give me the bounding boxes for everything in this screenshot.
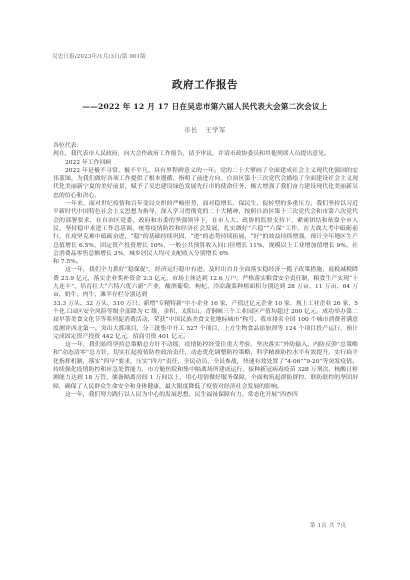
document-title: 政府工作报告 xyxy=(0,77,410,92)
body-paragraph: 现在，我代表市人民政府，向大会作政府工作报告，请予审议，并请市政协委员和其他列席… xyxy=(53,150,358,158)
body-paragraph: 和 7.5%。 xyxy=(53,258,358,266)
body-paragraph: 33.3 万头、32 万头、310 万只；新增“专精特新”中小企业 16 家，产… xyxy=(53,300,358,341)
document-page: 吴忠日报/2023年/1月/3日/第 001版 政府工作报告 ——2022 年 … xyxy=(0,0,410,580)
body-paragraph: 2022 年工作回顾 xyxy=(53,159,358,167)
body-paragraph: 2022 年是极不寻常、极不平凡、具有里程碑意义的一年。党的二十大擘画了全面建成… xyxy=(53,167,358,200)
speaker-line: 市长 王学军 xyxy=(0,125,410,134)
page-indicator: 第 1页 共 7页 xyxy=(310,521,346,529)
report-body: 各位代表：现在，我代表市人民政府，向大会作政府工作报告，请予审议，并请市政协委员… xyxy=(53,142,358,399)
body-paragraph: 这一年，我们始终坚持总策略总方针不动摇，疫情防控经受住重大考验。坚决落实“外防输… xyxy=(53,341,358,391)
document-subtitle: ——2022 年 12 月 17 日在吴忠市第六届人民代表大会第二次会议上 xyxy=(0,101,410,112)
newspaper-masthead: 吴忠日报/2023年/1月/3日/第 001版 xyxy=(52,52,146,60)
body-paragraph: 这一年，我们努力践行以人民为中心的发展思想，民生福祉保障有力。常态化开展“四查四 xyxy=(53,391,358,399)
body-paragraph: 这一年，我们全力抓好“稳保促”，经济运行稳中有进。及时出台并全面落实稳经济一揽子… xyxy=(53,266,358,299)
body-paragraph: 一年来，面对世纪疫情和百年变局交织的严峻形势，面对稳增长、保民生、促转型的多重压… xyxy=(53,200,358,258)
body-paragraph: 各位代表： xyxy=(53,142,358,150)
